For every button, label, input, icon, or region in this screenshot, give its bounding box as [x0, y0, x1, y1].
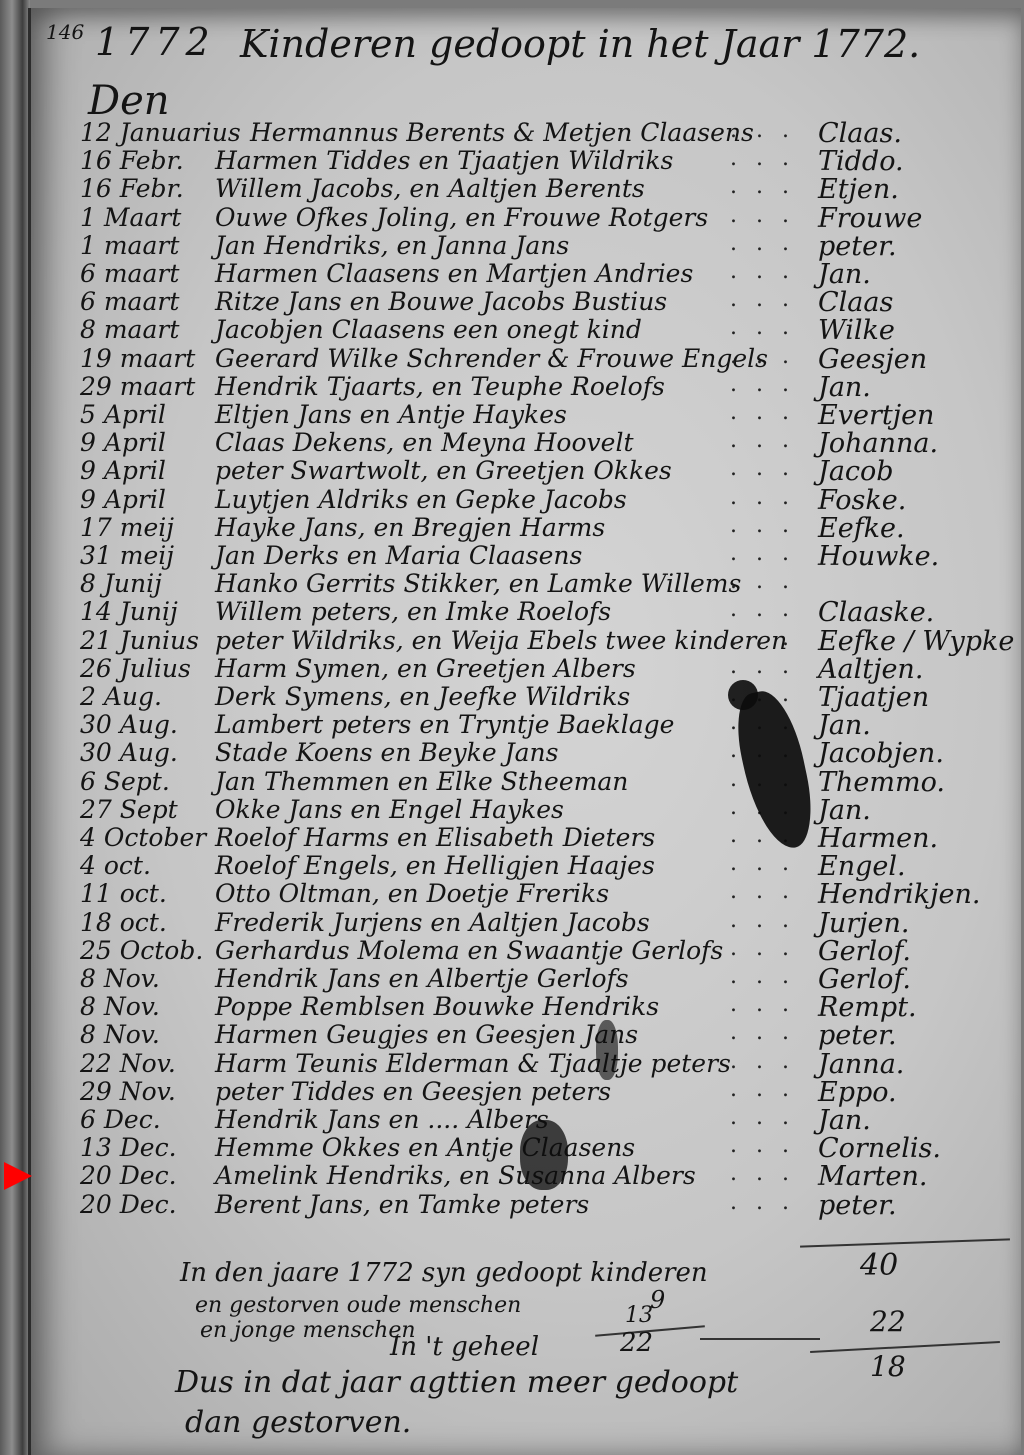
entry-child-name: Jacob	[818, 456, 894, 487]
leader-dots: . . .	[730, 851, 795, 876]
entry-date: 30 Aug.	[80, 738, 178, 767]
entry-date: 19 maart	[80, 344, 195, 373]
leader-dots: . . .	[730, 513, 795, 538]
leader-dots: . . .	[730, 879, 795, 904]
ink-blot-small	[728, 680, 758, 710]
entry-child-name: Harmen.	[818, 823, 938, 854]
leader-dots: . . .	[730, 1077, 795, 1102]
entry-date: 6 Dec.	[80, 1105, 161, 1134]
entry-child-name: Engel.	[818, 851, 906, 882]
entry-date: 9 April	[80, 456, 166, 485]
entry-date: 8 Junij	[80, 569, 162, 598]
entry-parents: Stade Koens en Beyke Jans	[215, 738, 558, 767]
entry-parents: peter Wildriks, en Weija Ebels twee kind…	[215, 626, 787, 655]
entry-parents: Gerhardus Molema en Swaantje Gerlofs	[215, 936, 723, 965]
total-baptized: 40	[860, 1248, 898, 1283]
entry-date: 8 maart	[80, 315, 179, 344]
entry-date: 12 Januarius	[80, 118, 241, 147]
entry-date: 4 October	[80, 823, 206, 852]
entry-date: 6 maart	[80, 287, 179, 316]
total-died: 22	[620, 1328, 653, 1358]
entry-parents: Frederik Jurjens en Aaltjen Jacobs	[215, 908, 650, 937]
entry-child-name: Jan.	[818, 259, 871, 290]
entry-parents: Ouwe Ofkes Joling, en Frouwe Rotgers	[215, 203, 708, 232]
leader-dots: . . .	[730, 456, 795, 481]
leader-dots: . . .	[730, 936, 795, 961]
leader-dots: . . .	[730, 1049, 795, 1074]
entry-date: 8 Nov.	[80, 1020, 160, 1049]
entry-child-name: Johanna.	[818, 428, 938, 459]
leader-dots: . . .	[730, 541, 795, 566]
entry-date: 14 Junij	[80, 597, 178, 626]
entry-parents: Harm Teunis Elderman & Tjaaltje peters	[215, 1049, 731, 1078]
entry-parents: Jacobjen Claasens een onegt kind	[215, 315, 642, 344]
entry-date: 22 Nov.	[80, 1049, 176, 1078]
entry-date: 21 Junius	[80, 626, 199, 655]
entry-parents: Okke Jans en Engel Haykes	[215, 795, 564, 824]
entry-parents: Hayke Jans, en Bregjen Harms	[215, 513, 605, 542]
entry-parents: Geerard Wilke Schrender & Frouwe Engels	[215, 344, 768, 373]
leader-dots: . . .	[730, 344, 795, 369]
entry-date: 8 Nov.	[80, 992, 160, 1021]
entry-date: 1 Maart	[80, 203, 181, 232]
entry-child-name: Wilke	[818, 315, 895, 346]
entry-date: 30 Aug.	[80, 710, 178, 739]
leader-dots: . . .	[730, 400, 795, 425]
entry-parents: Lambert peters en Tryntje Baeklage	[215, 710, 674, 739]
page-title: Kinderen gedoopt in het Jaar 1772.	[240, 22, 920, 66]
entry-child-name: Geesjen	[818, 344, 927, 375]
leader-dots: . . .	[730, 1105, 795, 1130]
leader-dots: . . .	[730, 231, 795, 256]
entry-child-name: Hendrikjen.	[818, 879, 980, 910]
leader-dots: . . .	[730, 287, 795, 312]
entry-child-name: Frouwe	[818, 203, 922, 234]
entry-date: 8 Nov.	[80, 964, 160, 993]
entry-parents: Hendrik Jans en Albertje Gerlofs	[215, 964, 629, 993]
entry-child-name: Jurjen.	[818, 908, 909, 939]
entry-parents: Hendrik Tjaarts, en Teuphe Roelofs	[215, 372, 665, 401]
entry-date: 31 meij	[80, 541, 174, 570]
entry-date: 16 Febr.	[80, 174, 184, 203]
entry-parents: Jan Hendriks, en Janna Jans	[215, 231, 569, 260]
summary-line-4: In 't geheel	[390, 1332, 539, 1362]
entry-parents: Harmen Geugjes en Geesjen Jans	[215, 1020, 638, 1049]
entry-parents: Hermannus Berents & Metjen Claasens	[250, 118, 754, 147]
entry-child-name: Jan.	[818, 372, 871, 403]
subtraction-top: 22	[870, 1305, 906, 1338]
entry-child-name: Gerlof.	[818, 964, 911, 995]
entry-date: 1 maart	[80, 231, 179, 260]
entry-date: 27 Sept	[80, 795, 178, 824]
entry-date: 17 meij	[80, 513, 174, 542]
conclusion-line-1: Dus in dat jaar agttien meer gedoopt	[175, 1365, 738, 1400]
leader-dots: . . .	[730, 428, 795, 453]
entry-date: 29 maart	[80, 372, 195, 401]
entry-child-name: peter.	[818, 1190, 897, 1221]
entry-date: 20 Dec.	[80, 1190, 177, 1219]
entry-parents: Claas Dekens, en Meyna Hoovelt	[215, 428, 634, 457]
entry-parents: Berent Jans, en Tamke peters	[215, 1190, 589, 1219]
leader-dots: . . .	[730, 569, 795, 594]
entry-child-name: Rempt.	[818, 992, 917, 1023]
entry-date: 4 oct.	[80, 851, 151, 880]
entry-child-name: Eppo.	[818, 1077, 897, 1108]
register-entry: 20 Dec.Berent Jans, en Tamke peters. . .…	[0, 1190, 1024, 1224]
summary-line-1: In den jaare 1772 syn gedoopt kinderen	[180, 1258, 708, 1288]
entry-parents: peter Swartwolt, en Greetjen Okkes	[215, 456, 672, 485]
leader-dots: . . .	[730, 908, 795, 933]
ink-blot-middle	[520, 1120, 568, 1190]
entry-parents: Harm Symen, en Greetjen Albers	[215, 654, 636, 683]
entry-child-name: Houwke.	[818, 541, 939, 572]
leader-dots: . . .	[730, 1133, 795, 1158]
row-pointer-marker	[4, 1162, 32, 1190]
entry-child-name: Claas	[818, 287, 893, 318]
young-died-count: 13	[625, 1303, 653, 1328]
leader-dots: . . .	[730, 118, 795, 143]
entry-date: 26 Julius	[80, 654, 191, 683]
entry-parents: peter Tiddes en Geesjen peters	[215, 1077, 611, 1106]
entry-child-name: Foske.	[818, 485, 906, 516]
entry-parents: Harmen Claasens en Martjen Andries	[215, 259, 693, 288]
entry-parents: Jan Derks en Maria Claasens	[215, 541, 582, 570]
entry-child-name: peter.	[818, 1020, 897, 1051]
leader-dots: . . .	[730, 485, 795, 510]
entry-date: 18 oct.	[80, 908, 167, 937]
entry-parents: Poppe Remblsen Bouwke Hendriks	[215, 992, 659, 1021]
entry-parents: Derk Symens, en Jeefke Wildriks	[215, 682, 630, 711]
entry-date: 6 maart	[80, 259, 179, 288]
leader-dots: . . .	[730, 372, 795, 397]
entry-child-name: peter.	[818, 231, 897, 262]
entry-child-name: Eefke.	[818, 513, 905, 544]
leader-dots: . . .	[730, 1161, 795, 1186]
connector-rule	[700, 1338, 820, 1340]
conclusion-line-2: dan gestorven.	[185, 1405, 411, 1440]
entry-date: 25 Octob.	[80, 936, 203, 965]
entry-child-name: Jan.	[818, 1105, 871, 1136]
leader-dots: . . .	[730, 626, 795, 651]
entry-child-name: Aaltjen.	[818, 654, 923, 685]
folio-number: 146	[46, 20, 84, 44]
ink-blot-middle-2	[596, 1020, 618, 1080]
entry-parents: Roelof Harms en Elisabeth Dieters	[215, 823, 655, 852]
difference-value: 18	[870, 1350, 906, 1383]
entry-parents: Hanko Gerrits Stikker, en Lamke Willems	[215, 569, 741, 598]
entry-child-name: Marten.	[818, 1161, 927, 1192]
leader-dots: . . .	[730, 654, 795, 679]
entry-parents: Roelof Engels, en Helligjen Haajes	[215, 851, 655, 880]
leader-dots: . . .	[730, 992, 795, 1017]
summary-line-2: en gestorven oude menschen	[195, 1293, 521, 1318]
entry-date: 11 oct.	[80, 879, 167, 908]
leader-dots: . . .	[730, 203, 795, 228]
entry-child-name: Cornelis.	[818, 1133, 941, 1164]
entry-child-name: Gerlof.	[818, 936, 911, 967]
entry-date: 5 April	[80, 400, 166, 429]
entry-child-name: Tiddo.	[818, 146, 904, 177]
entry-child-name: Etjen.	[818, 174, 899, 205]
entry-parents: Willem Jacobs, en Aaltjen Berents	[215, 174, 645, 203]
entry-date: 29 Nov.	[80, 1077, 176, 1106]
entry-parents: Jan Themmen en Elke Stheeman	[215, 767, 628, 796]
entry-parents: Hendrik Jans en .... Albers	[215, 1105, 549, 1134]
entry-parents: Harmen Tiddes en Tjaatjen Wildriks	[215, 146, 673, 175]
entry-parents: Otto Oltman, en Doetje Freriks	[215, 879, 609, 908]
entry-parents: Luytjen Aldriks en Gepke Jacobs	[215, 485, 627, 514]
summary-line-3: en jonge menschen	[200, 1318, 416, 1343]
entry-child-name: Jacobjen.	[818, 738, 944, 769]
leader-dots: . . .	[730, 315, 795, 340]
entry-child-name: Jan.	[818, 710, 871, 741]
leader-dots: . . .	[730, 1020, 795, 1045]
entry-date: 2 Aug.	[80, 682, 162, 711]
entry-child-name: Claaske.	[818, 597, 934, 628]
leader-dots: . . .	[730, 964, 795, 989]
entry-parents: Amelink Hendriks, en Susanna Albers	[215, 1161, 696, 1190]
leader-dots: . . .	[730, 259, 795, 284]
entry-child-name: Eefke / Wypke	[818, 626, 1014, 657]
entry-child-name: Claas.	[818, 118, 902, 149]
entry-date: 13 Dec.	[80, 1133, 177, 1162]
entry-parents: Willem peters, en Imke Roelofs	[215, 597, 611, 626]
leader-dots: . . .	[730, 597, 795, 622]
entry-child-name: Themmo.	[818, 767, 945, 798]
entry-parents: Ritze Jans en Bouwe Jacobs Bustius	[215, 287, 667, 316]
entry-child-name: Evertjen	[818, 400, 934, 431]
leader-dots: . . .	[730, 174, 795, 199]
entry-date: 6 Sept.	[80, 767, 170, 796]
entry-date: 9 April	[80, 428, 166, 457]
entry-parents: Hemme Okkes en Antje Claasens	[215, 1133, 635, 1162]
entry-date: 9 April	[80, 485, 166, 514]
entry-child-name: Jan.	[818, 795, 871, 826]
marginal-year: 1772	[95, 20, 216, 64]
entry-parents: Eltjen Jans en Antje Haykes	[215, 400, 567, 429]
entry-child-name: Tjaatjen	[818, 682, 929, 713]
leader-dots: . . .	[730, 1190, 795, 1215]
entry-child-name: Janna.	[818, 1049, 904, 1080]
entry-date: 16 Febr.	[80, 146, 184, 175]
entry-date: 20 Dec.	[80, 1161, 177, 1190]
leader-dots: . . .	[730, 146, 795, 171]
